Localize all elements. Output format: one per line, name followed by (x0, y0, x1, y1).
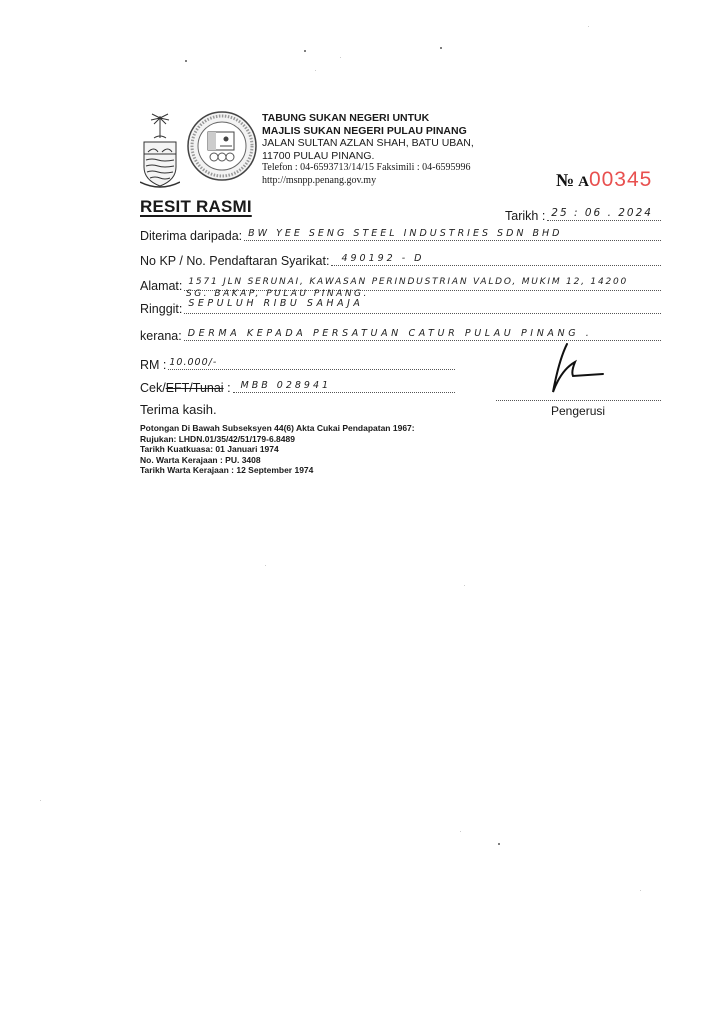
org-address-line2: 11700 PULAU PINANG. (262, 150, 474, 163)
payment-method-field: Cek/EFT/Tunai : MBB 028941 (140, 378, 455, 395)
payment-method-label: Cek/EFT/Tunai : (140, 381, 231, 395)
signature-line (496, 400, 661, 401)
serial-number: 00345 (589, 168, 652, 191)
tax-note: Tarikh Warta Kerajaan : 12 September 197… (140, 465, 415, 476)
reason-line: DERMA KEPADA PERSATUAN CATUR PULAU PINAN… (184, 326, 661, 341)
received-from-value: BW YEE SENG STEEL INDUSTRIES SDN BHD (248, 228, 562, 239)
amount-label: RM : (140, 358, 166, 372)
date-label: Tarikh : (505, 209, 545, 223)
registration-number-label: No KP / No. Pendaftaran Syarikat: (140, 254, 329, 268)
received-from-line: BW YEE SENG STEEL INDUSTRIES SDN BHD (244, 226, 661, 241)
org-address-line1: JALAN SULTAN AZLAN SHAH, BATU UBAN, (262, 137, 474, 150)
date-field: Tarikh : 25 : 06 . 2024 (505, 206, 661, 223)
payment-label-struck: EFT/Tunai (166, 381, 224, 395)
org-name-line1: TABUNG SUKAN NEGERI UNTUK (262, 112, 474, 125)
payment-label-cek: Cek/ (140, 381, 166, 395)
tax-note: Tarikh Kuatkuasa: 01 Januari 1974 (140, 444, 415, 455)
serial-no-label: № (556, 170, 574, 190)
registration-number-value: 490192 - D (341, 253, 424, 264)
signature-label: Pengerusi (551, 404, 605, 418)
address-value-line1: 1571 JLN SERUNAI, KAWASAN PERINDUSTRIAN … (188, 277, 628, 287)
received-from-field: Diterima daripada: BW YEE SENG STEEL IND… (140, 226, 661, 243)
org-website: http://msnpp.penang.gov.my (262, 175, 474, 188)
ringgit-label: Ringgit: (140, 302, 182, 316)
reason-value: DERMA KEPADA PERSATUAN CATUR PULAU PINAN… (188, 328, 593, 339)
tax-note: No. Warta Kerajaan : PU. 3408 (140, 455, 415, 466)
payment-label-colon: : (224, 381, 231, 395)
amount-field: RM : 10.000/- (140, 355, 455, 372)
ringgit-line: SEPULUH RIBU SAHAJA (184, 299, 661, 314)
received-from-label: Diterima daripada: (140, 229, 242, 243)
tax-note: Rujukan: LHDN.01/35/42/51/179-6.8489 (140, 434, 415, 445)
tax-deduction-notes: Potongan Di Bawah Subseksyen 44(6) Akta … (140, 423, 415, 476)
date-line: 25 : 06 . 2024 (547, 206, 661, 221)
serial-prefix: A (578, 174, 589, 190)
handwritten-signature-icon (545, 340, 615, 400)
org-name-line2: MAJLIS SUKAN NEGERI PULAU PINANG (262, 125, 474, 138)
amount-line: 10.000/- (168, 355, 455, 370)
receipt-serial-number: №A00345 (556, 168, 652, 192)
organization-header: TABUNG SUKAN NEGERI UNTUK MAJLIS SUKAN N… (262, 112, 474, 188)
org-contact: Telefon : 04-6593713/14/15 Faksimili : 0… (262, 162, 474, 175)
penang-state-crest-icon (140, 112, 180, 190)
penang-state-sports-council-seal-icon (186, 110, 258, 182)
date-value: 25 : 06 . 2024 (551, 207, 653, 219)
address-value-line2: SG. BAKAP, PULAU PINANG. (186, 289, 369, 1023)
ringgit-field: Ringgit: SEPULUH RIBU SAHAJA (140, 299, 661, 316)
payment-method-line: MBB 028941 (233, 378, 455, 393)
address-label: Alamat: (140, 279, 182, 293)
amount-value: 10.000/- (169, 357, 217, 368)
thank-you-text: Terima kasih. (140, 402, 217, 417)
registration-number-line: 490192 - D (331, 251, 661, 266)
ringgit-value: SEPULUH RIBU SAHAJA (188, 298, 363, 309)
reason-label: kerana: (140, 329, 182, 343)
tax-note: Potongan Di Bawah Subseksyen 44(6) Akta … (140, 423, 415, 434)
registration-number-field: No KP / No. Pendaftaran Syarikat: 490192… (140, 251, 661, 268)
payment-method-value: MBB 028941 (241, 380, 332, 391)
receipt-title: RESIT RASMI (140, 197, 252, 217)
